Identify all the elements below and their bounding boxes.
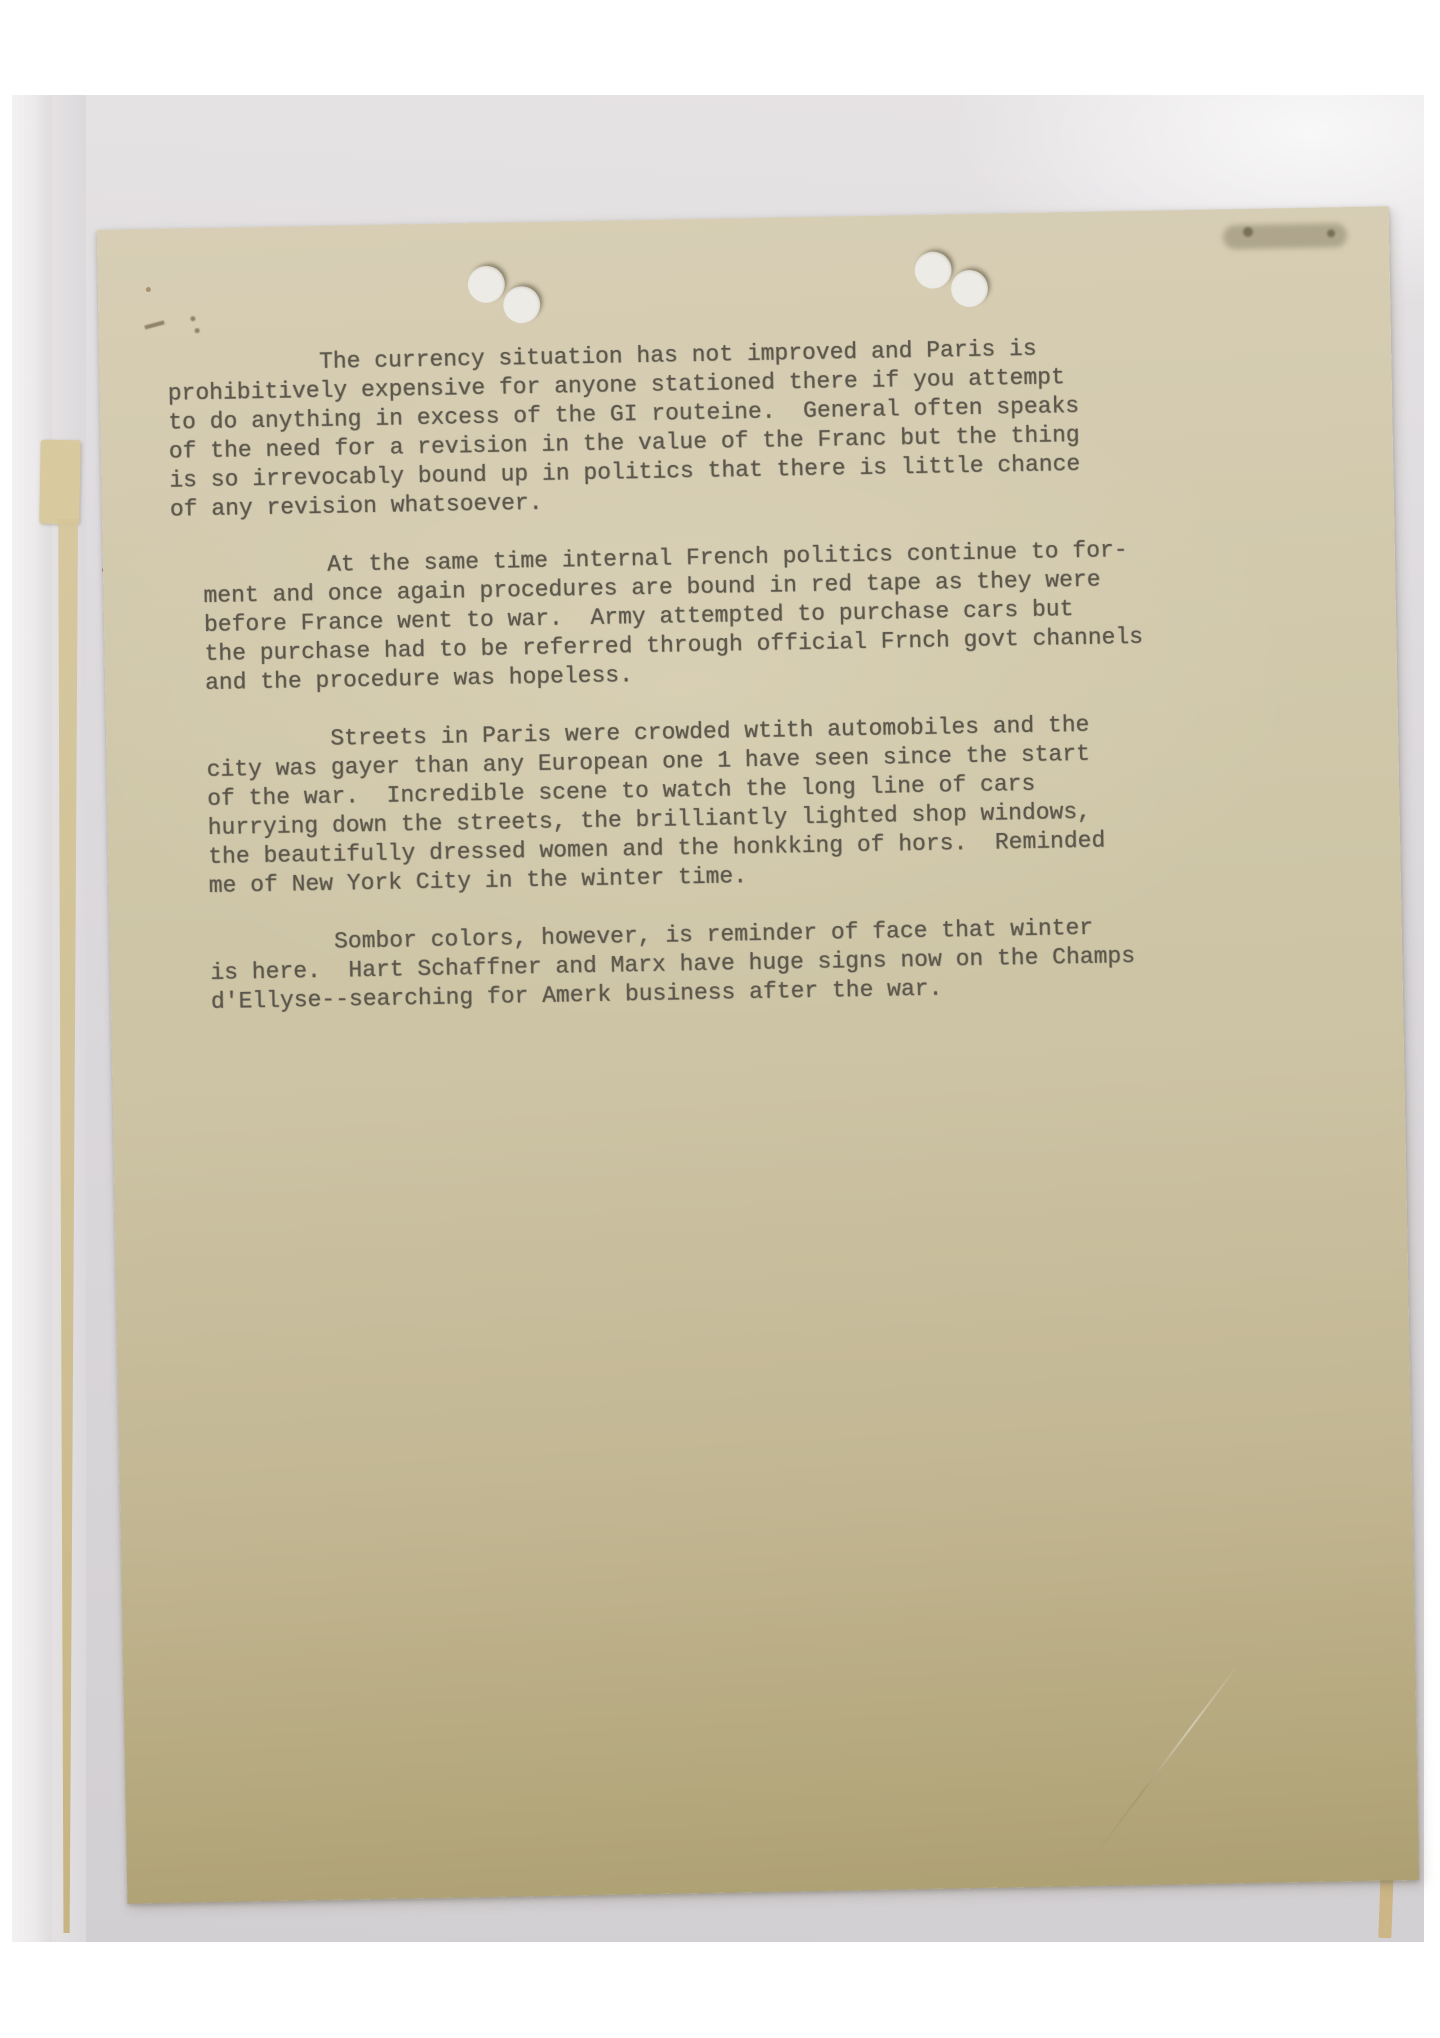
pencil-smudge-dot [1243, 227, 1253, 237]
paragraph-winter: Sombor colors, however, is reminder of f… [210, 910, 1299, 1017]
punch-hole [951, 270, 989, 308]
typewritten-sheet: The currency situation has not improved … [97, 206, 1419, 1903]
punch-hole [467, 266, 505, 304]
paper-speck [146, 287, 151, 292]
document-text: The currency situation has not improved … [167, 330, 1300, 1046]
paragraph-currency: The currency situation has not improved … [167, 330, 1290, 524]
crease-line [1093, 1664, 1239, 1857]
punch-hole [914, 251, 952, 289]
paragraph-politics: At the same time internal French politic… [203, 533, 1293, 698]
stacked-page-edge [12, 95, 52, 1942]
paragraph-streets: Streets in Paris were crowded wtith auto… [206, 707, 1297, 901]
scanned-document-photo: The currency situation has not improved … [0, 0, 1440, 2038]
pencil-mark [144, 320, 164, 329]
punch-hole [503, 286, 541, 324]
pencil-mark [195, 328, 200, 333]
pencil-mark [190, 316, 195, 321]
underlying-page-tab [39, 440, 80, 525]
